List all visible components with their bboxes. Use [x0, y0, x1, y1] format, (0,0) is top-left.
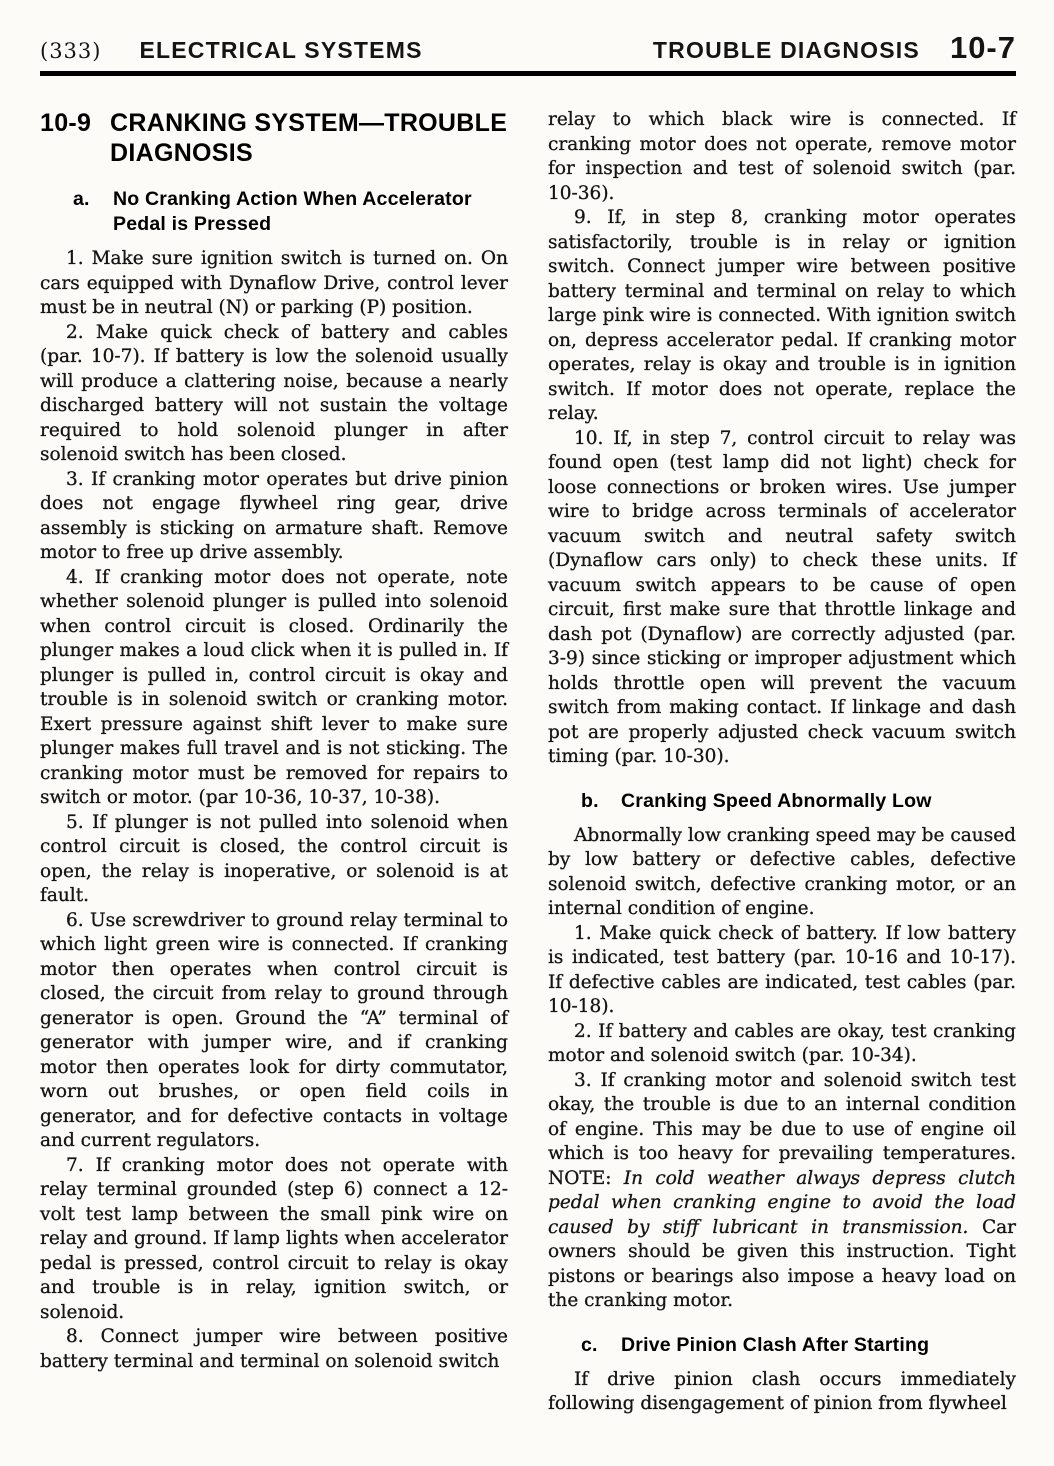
- paragraph: 9. If, in step 8, cranking motor operate…: [548, 206, 1016, 427]
- paragraph: 10. If, in step 7, control circuit to re…: [548, 427, 1016, 770]
- subheading-label: c.: [581, 1333, 621, 1358]
- paragraph: 6. Use screwdriver to ground relay termi…: [40, 909, 508, 1154]
- subheading-label: a.: [73, 187, 113, 237]
- paragraph: 8. Connect jumper wire between positive …: [40, 1325, 508, 1374]
- paragraph: 2. If battery and cables are okay, test …: [548, 1020, 1016, 1069]
- section-title-text: CRANKING SYSTEM—TROUBLEDIAGNOSIS: [110, 108, 507, 168]
- two-column-body: 10-9 CRANKING SYSTEM—TROUBLEDIAGNOSIS a.…: [40, 108, 1016, 1417]
- running-header: (333) ELECTRICAL SYSTEMS TROUBLE DIAGNOS…: [40, 30, 1016, 66]
- paragraph: Abnormally low cranking speed may be cau…: [548, 824, 1016, 922]
- paragraph: 3. If cranking motor and solenoid switch…: [548, 1069, 1016, 1314]
- left-column: 10-9 CRANKING SYSTEM—TROUBLEDIAGNOSIS a.…: [40, 108, 508, 1417]
- paragraph: If drive pinion clash occurs immediately…: [548, 1368, 1016, 1417]
- subheading-b: b.Cranking Speed Abnormally Low: [548, 789, 1016, 814]
- section-number: 10-9: [40, 108, 110, 168]
- paragraph: 2. Make quick check of battery and cable…: [40, 321, 508, 468]
- subheading-label: b.: [581, 789, 621, 814]
- subheading-title: Drive Pinion Clash After Starting: [621, 1333, 1016, 1358]
- right-column: relay to which black wire is connected. …: [548, 108, 1016, 1417]
- paragraph: 3. If cranking motor operates but drive …: [40, 468, 508, 566]
- paragraph: 1. Make quick check of battery. If low b…: [548, 922, 1016, 1020]
- subheading-a: a.No Cranking Action When Accelerator Pe…: [40, 187, 508, 237]
- manual-page: (333) ELECTRICAL SYSTEMS TROUBLE DIAGNOS…: [0, 0, 1054, 1466]
- subheading-title: No Cranking Action When Accelerator Peda…: [113, 187, 508, 237]
- paragraph: 7. If cranking motor does not operate wi…: [40, 1154, 508, 1326]
- page-reference: (333): [40, 39, 101, 63]
- paragraph: relay to which black wire is connected. …: [548, 108, 1016, 206]
- subheading-title: Cranking Speed Abnormally Low: [621, 789, 1016, 814]
- header-rule: [40, 71, 1016, 76]
- header-right-title: TROUBLE DIAGNOSIS: [653, 37, 920, 64]
- header-left-title: ELECTRICAL SYSTEMS: [139, 37, 422, 64]
- page-number: 10-7: [950, 30, 1016, 66]
- subheading-c: c.Drive Pinion Clash After Starting: [548, 1333, 1016, 1358]
- paragraph: 1. Make sure ignition switch is turned o…: [40, 247, 508, 321]
- paragraph: 4. If cranking motor does not operate, n…: [40, 566, 508, 811]
- section-heading: 10-9 CRANKING SYSTEM—TROUBLEDIAGNOSIS: [40, 108, 508, 168]
- paragraph: 5. If plunger is not pulled into solenoi…: [40, 811, 508, 909]
